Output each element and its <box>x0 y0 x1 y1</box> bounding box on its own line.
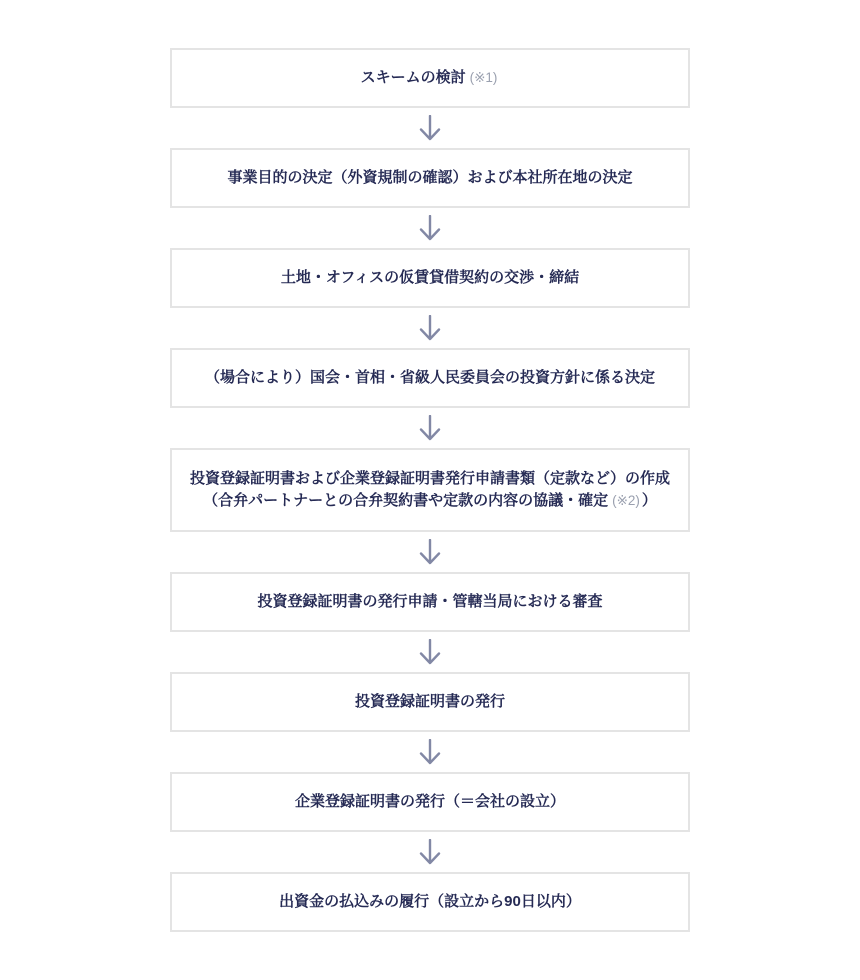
step-line: 出資金の払込みの履行（設立から90日以内） <box>279 891 581 914</box>
flow-connector <box>170 308 690 348</box>
down-arrow-icon <box>419 115 441 141</box>
step-line: 土地・オフィスの仮賃貸借契約の交渉・締結 <box>281 267 579 290</box>
step-label-close: ） <box>642 492 657 509</box>
step-label: 土地・オフィスの仮賃貸借契約の交渉・締結 <box>281 269 579 286</box>
flow-step-application-documents: 投資登録証明書および企業登録証明書発行申請書類（定款など）の作成 （合弁パートナ… <box>170 448 690 532</box>
flow-step-irc-application-review: 投資登録証明書の発行申請・管轄当局における審査 <box>170 572 690 632</box>
step-line: 投資登録証明書の発行 <box>355 691 505 714</box>
step-line: スキームの検討(※1) <box>361 67 500 90</box>
down-arrow-icon <box>419 415 441 441</box>
step-label: 投資登録証明書の発行 <box>355 693 505 710</box>
down-arrow-icon <box>419 739 441 765</box>
step-label: （合弁パートナーとの合弁契約書や定款の内容の協議・確定 <box>203 492 608 509</box>
flow-step-investment-policy-decision: （場合により）国会・首相・省級人民委員会の投資方針に係る決定 <box>170 348 690 408</box>
flow-connector <box>170 732 690 772</box>
flow-connector <box>170 632 690 672</box>
step-label: 投資登録証明書および企業登録証明書発行申請書類（定款など）の作成 <box>190 470 670 487</box>
step-line: （合弁パートナーとの合弁契約書や定款の内容の協議・確定(※2)） <box>203 490 657 513</box>
down-arrow-icon <box>419 315 441 341</box>
flow-connector <box>170 208 690 248</box>
flow-step-erc-issuance: 企業登録証明書の発行（＝会社の設立） <box>170 772 690 832</box>
flow-step-scheme-review: スキームの検討(※1) <box>170 48 690 108</box>
step-line: （場合により）国会・首相・省級人民委員会の投資方針に係る決定 <box>205 367 655 390</box>
flowchart: スキームの検討(※1) 事業目的の決定（外資規制の確認）および本社所在地の決定 … <box>170 0 690 932</box>
step-footnote-marker: (※1) <box>470 70 498 85</box>
flow-connector <box>170 108 690 148</box>
step-label: 事業目的の決定（外資規制の確認）および本社所在地の決定 <box>227 169 632 186</box>
flow-connector <box>170 832 690 872</box>
flow-connector <box>170 408 690 448</box>
step-label: スキームの検討 <box>361 69 466 86</box>
step-line: 企業登録証明書の発行（＝会社の設立） <box>295 791 565 814</box>
step-line: 投資登録証明書の発行申請・管轄当局における審査 <box>257 591 602 614</box>
step-label: （場合により）国会・首相・省級人民委員会の投資方針に係る決定 <box>205 369 655 386</box>
flow-step-irc-issuance: 投資登録証明書の発行 <box>170 672 690 732</box>
flow-step-business-purpose: 事業目的の決定（外資規制の確認）および本社所在地の決定 <box>170 148 690 208</box>
step-label: 投資登録証明書の発行申請・管轄当局における審査 <box>257 593 602 610</box>
flow-step-capital-contribution: 出資金の払込みの履行（設立から90日以内） <box>170 872 690 932</box>
step-line: 事業目的の決定（外資規制の確認）および本社所在地の決定 <box>227 167 632 190</box>
flow-connector <box>170 532 690 572</box>
down-arrow-icon <box>419 215 441 241</box>
step-footnote-marker: (※2) <box>612 493 640 508</box>
down-arrow-icon <box>419 539 441 565</box>
step-label: 出資金の払込みの履行（設立から90日以内） <box>279 893 581 910</box>
step-label: 企業登録証明書の発行（＝会社の設立） <box>295 793 565 810</box>
down-arrow-icon <box>419 639 441 665</box>
flow-step-lease-negotiation: 土地・オフィスの仮賃貸借契約の交渉・締結 <box>170 248 690 308</box>
step-line: 投資登録証明書および企業登録証明書発行申請書類（定款など）の作成 <box>190 468 670 491</box>
down-arrow-icon <box>419 839 441 865</box>
